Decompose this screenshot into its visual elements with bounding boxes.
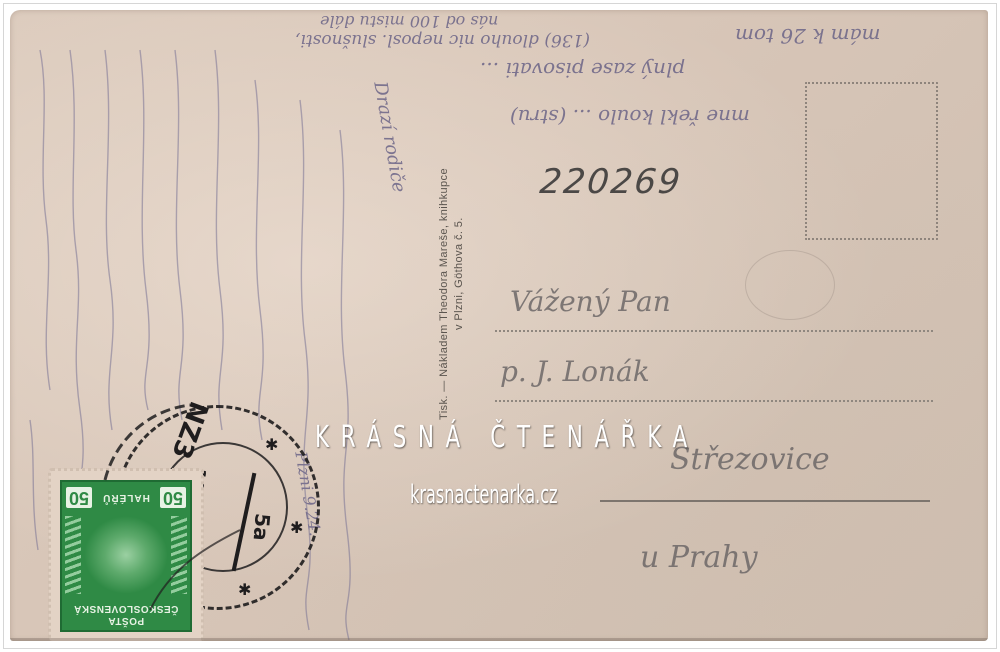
watermark-url: krasnactenarka.cz bbox=[410, 480, 558, 510]
postmark-cancel-arc bbox=[10, 10, 988, 641]
card-edge bbox=[10, 638, 988, 641]
postcard-back: mám k 26 tom plný zase pisovati ... (136… bbox=[10, 10, 988, 641]
watermark-title: KRÁSNÁ ČTENÁŘKA bbox=[315, 420, 603, 455]
